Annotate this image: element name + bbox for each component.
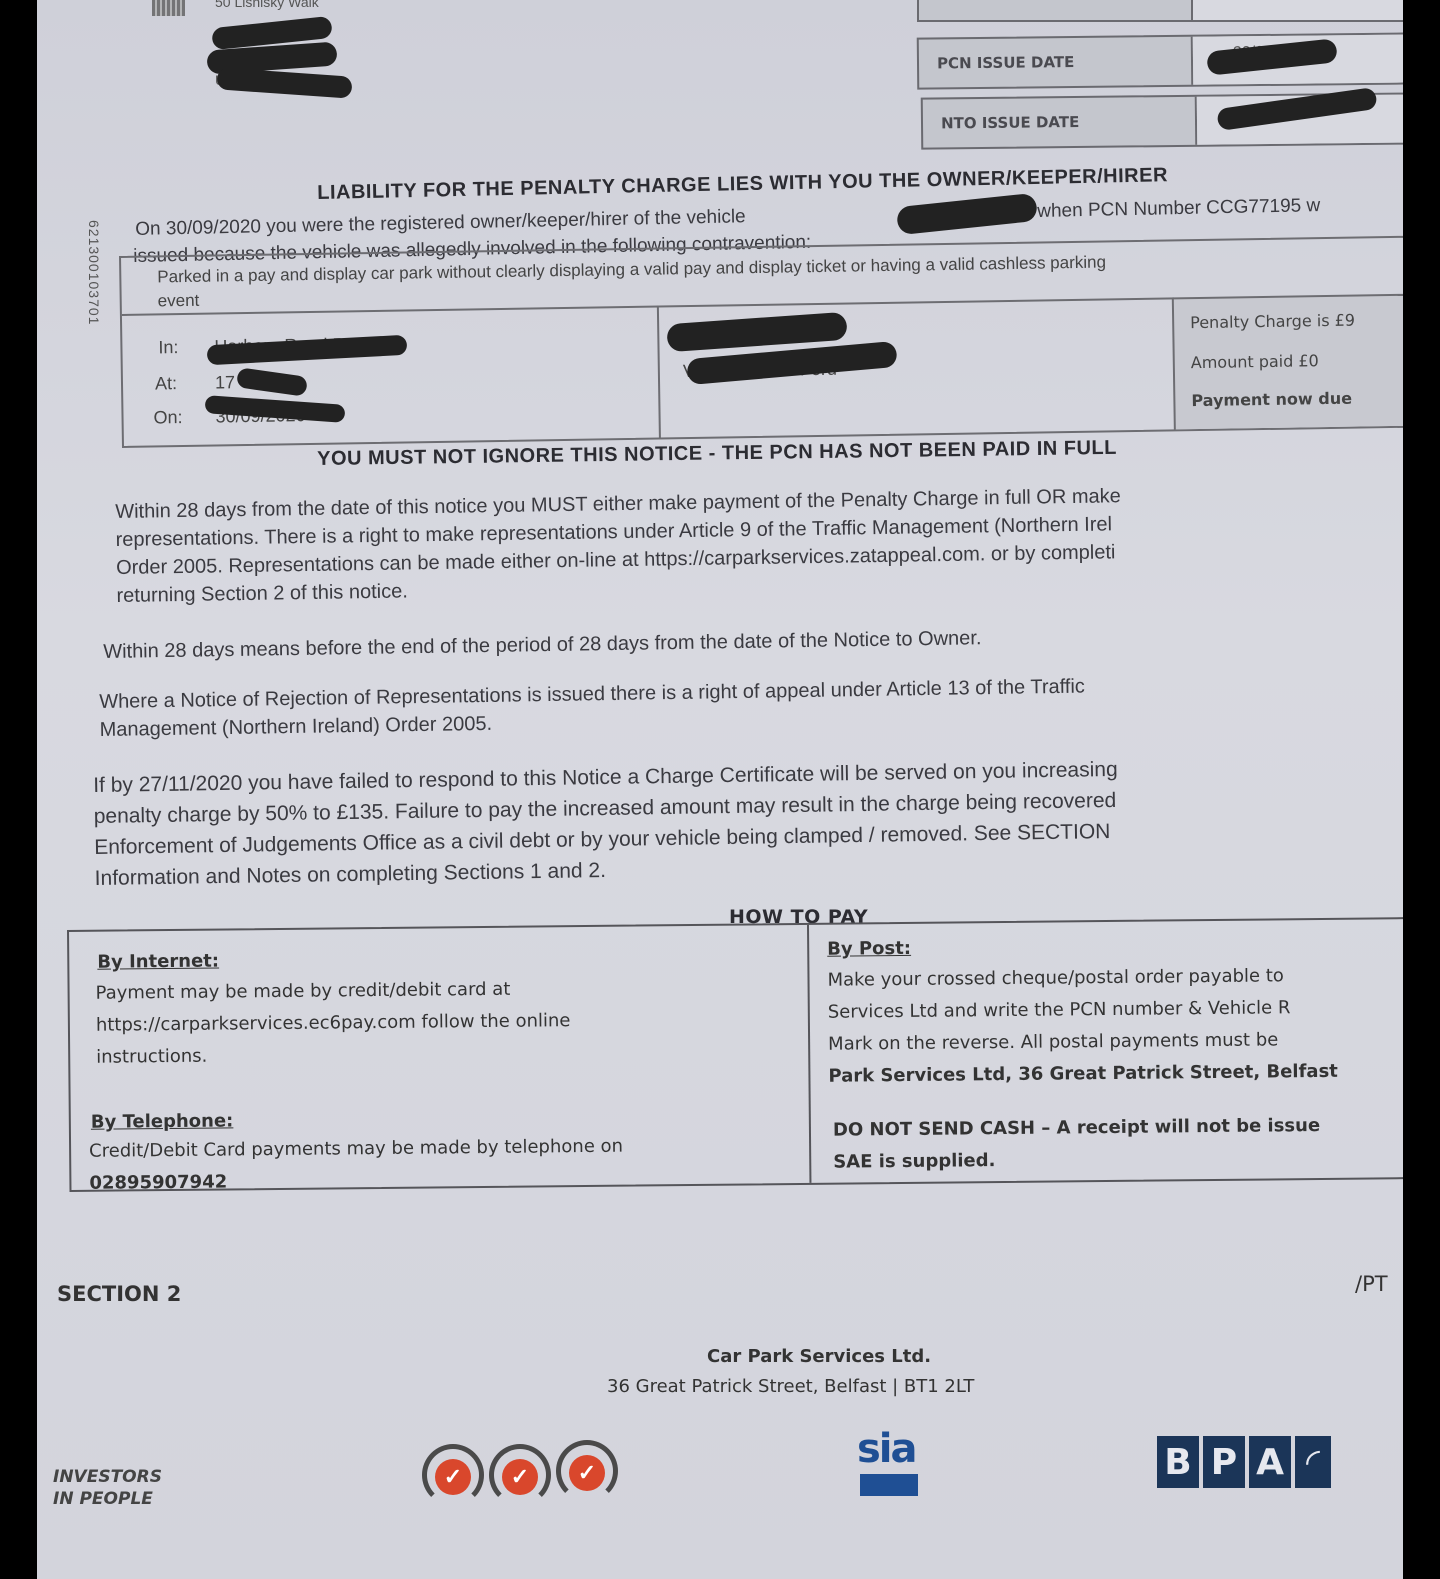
in-label: In: xyxy=(158,337,178,358)
bpa-logo: B P A ◜ xyxy=(1157,1436,1331,1488)
by-post-text: Make your crossed cheque/postal order pa… xyxy=(827,960,1338,1093)
amount-paid: Amount paid £0 xyxy=(1191,351,1319,372)
check-icon: ✓ xyxy=(502,1459,538,1495)
address-line: 50 Lisnisky Walk xyxy=(215,0,319,10)
redaction xyxy=(896,193,1038,235)
sia-approved-badge xyxy=(860,1474,918,1496)
paragraph-charge-certificate: If by 27/11/2020 you have failed to resp… xyxy=(93,754,1119,894)
payment-due: Payment now due xyxy=(1191,389,1352,411)
redaction xyxy=(216,67,352,98)
sia-logo: sia xyxy=(857,1426,916,1472)
by-post-title: By Post: xyxy=(827,938,911,960)
check-icon: ✓ xyxy=(435,1459,471,1495)
info-box-top xyxy=(917,0,1403,22)
company-address: 36 Great Patrick Street, Belfast | BT1 2… xyxy=(607,1376,974,1397)
paragraph-appeal: Where a Notice of Rejection of Represent… xyxy=(99,673,1085,744)
pcn-notice-page: 50 Lisnisky Walk United Kingdom PCN ISSU… xyxy=(37,0,1403,1579)
by-telephone-title: By Telephone: xyxy=(91,1110,234,1132)
sgs-certification-logo: ✓ xyxy=(422,1444,484,1506)
at-label: At: xyxy=(155,373,177,394)
by-telephone-text: Credit/Debit Card payments may be made b… xyxy=(89,1131,623,1200)
paragraph-28-days: Within 28 days means before the end of t… xyxy=(103,624,982,666)
side-reference-number: 621300103701 xyxy=(86,220,102,325)
at-value: 17 xyxy=(215,372,235,393)
contravention-description: Parked in a pay and display car park wit… xyxy=(157,250,1106,313)
by-internet-text: Payment may be made by credit/debit card… xyxy=(95,973,570,1074)
bpa-arc-icon: ◜ xyxy=(1295,1436,1331,1488)
check-icon: ✓ xyxy=(569,1455,605,1491)
sgs-certification-logo: ✓ xyxy=(489,1444,551,1506)
by-internet-title: By Internet: xyxy=(97,951,219,973)
barcode-icon xyxy=(152,0,185,16)
telephone-number: 02895907942 xyxy=(89,1163,623,1200)
nto-issue-date-label: NTO ISSUE DATE xyxy=(923,97,1197,148)
section-2-label: SECTION 2 xyxy=(57,1282,181,1306)
company-name: Car Park Services Ltd. xyxy=(707,1346,931,1367)
penalty-charge: Penalty Charge is £9 xyxy=(1190,311,1355,333)
paragraph-representations: Within 28 days from the date of this not… xyxy=(115,482,1122,610)
cash-warning: DO NOT SEND CASH – A receipt will not be… xyxy=(833,1110,1321,1179)
on-label: On: xyxy=(153,407,182,428)
investors-in-people-logo: INVESTORS IN PEOPLE xyxy=(53,1466,162,1510)
sgs-certification-logo: ✓ xyxy=(556,1440,618,1502)
pcn-issue-date-label: PCN ISSUE DATE xyxy=(919,37,1193,88)
liability-line-1-end: when PCN Number CCG77195 w xyxy=(1037,192,1321,226)
how-to-pay-table: By Internet: Payment may be made by cred… xyxy=(67,917,1403,1192)
please-turn-over: /PT xyxy=(1355,1272,1388,1296)
